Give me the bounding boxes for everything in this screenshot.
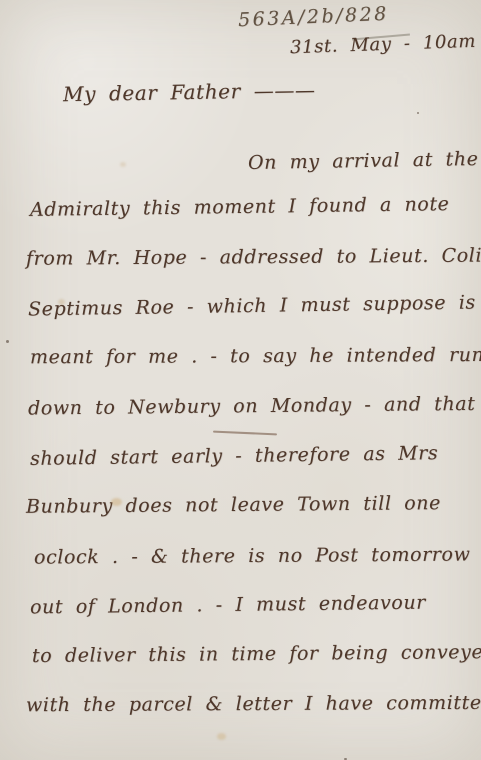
letter-line: meant for me . - to say he intended runn… (30, 344, 481, 369)
letter-line: from Mr. Hope - addressed to Lieut. Coli… (26, 244, 481, 269)
letter-opening-line: On my arrival at the (248, 148, 479, 174)
paper-stain (217, 733, 226, 740)
monday-underline-flourish (213, 431, 277, 436)
date-line: 31st. May - 10am (290, 31, 477, 58)
letter-line: should start early - therefore as Mrs (30, 442, 439, 470)
ink-speck (6, 340, 9, 343)
letter-line: oclock . - & there is no Post tomorrow (34, 543, 471, 568)
paper-stain (120, 162, 126, 167)
letter-line: Septimus Roe - which I must suppose is (28, 291, 476, 320)
paper-stain (58, 299, 65, 305)
letter-line: with the parcel & letter I have committe… (26, 692, 481, 716)
letter-line: out of London . - I must endeavour (30, 592, 426, 619)
archival-reference: 563A/2b/828 (238, 3, 390, 32)
letter-line: to deliver this in time for being convey… (32, 641, 481, 667)
ink-speck (417, 112, 419, 114)
letter-line: Bunbury does not leave Town till one (26, 492, 441, 518)
letter-line: down to Newbury on Monday - and that he (28, 392, 481, 419)
salutation: My dear Father ——— (63, 78, 316, 106)
paper-stain (111, 498, 122, 506)
letter-page: 563A/2b/828 31st. May - 10am My dear Fat… (0, 0, 481, 760)
letter-line: Admiralty this moment I found a note (30, 193, 450, 221)
